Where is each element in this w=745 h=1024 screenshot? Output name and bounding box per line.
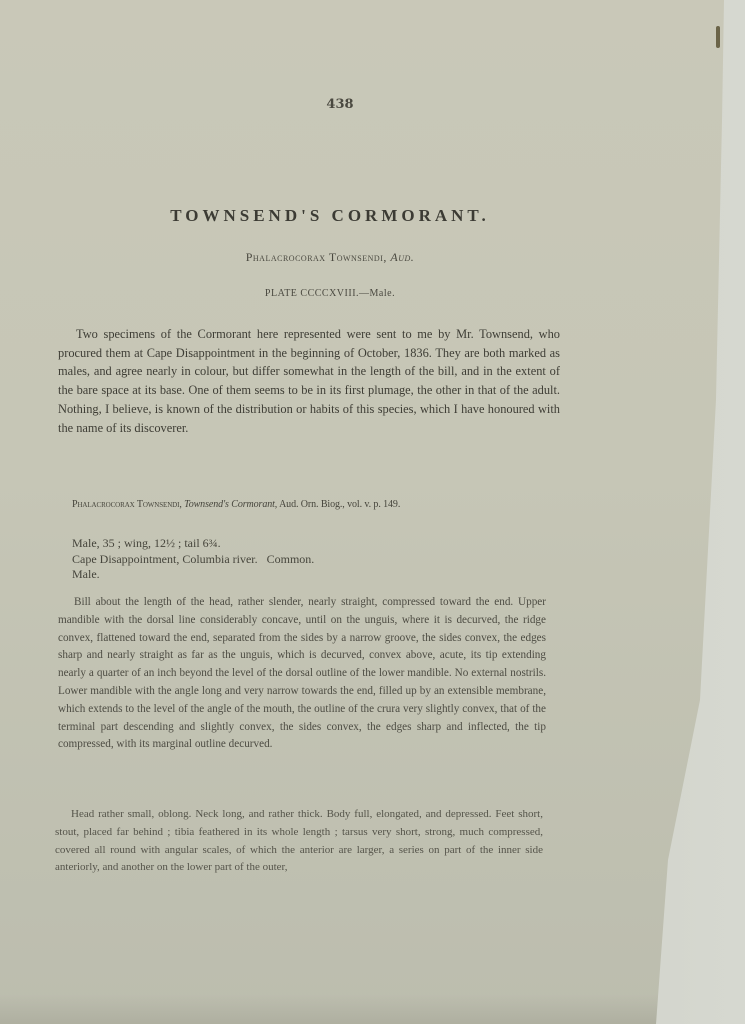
locality: Cape Disappointment, Columbia river. Com… <box>72 552 552 568</box>
description-paragraph-2: Head rather small, oblong. Neck long, an… <box>55 806 543 877</box>
synonymy-reference: Aud. Orn. Biog., vol. v. p. 149. <box>279 499 400 510</box>
synonymy-name: Phalacrocorax Townsendi, <box>72 499 182 510</box>
scientific-name: Phalacrocorax Townsendi <box>246 250 384 264</box>
synonymy-line: Phalacrocorax Townsendi, Townsend's Corm… <box>72 499 560 510</box>
book-page: 438 TOWNSEND'S CORMORANT. Phalacrocorax … <box>0 0 745 1024</box>
scientific-name-line: Phalacrocorax Townsendi, Aud. <box>160 250 500 265</box>
page-number: 438 <box>310 97 370 112</box>
scientific-authority: Aud. <box>390 250 414 264</box>
measurements-block: Male, 35 ; wing, 12½ ; tail 6¾. Cape Dis… <box>72 536 552 583</box>
synonymy-common-name: Townsend's Cormorant, <box>184 499 277 510</box>
page-edge-tear <box>716 26 720 48</box>
intro-paragraph: Two specimens of the Cormorant here repr… <box>58 325 560 437</box>
page-title: TOWNSEND'S CORMORANT. <box>100 206 560 226</box>
plate-caption: PLATE CCCCXVIII.—Male. <box>190 288 470 299</box>
measurements: Male, 35 ; wing, 12½ ; tail 6¾. <box>72 536 552 552</box>
description-paragraph-1: Bill about the length of the head, rathe… <box>58 594 546 754</box>
sex-heading: Male. <box>72 567 552 583</box>
page-bottom-shadow <box>0 994 660 1024</box>
